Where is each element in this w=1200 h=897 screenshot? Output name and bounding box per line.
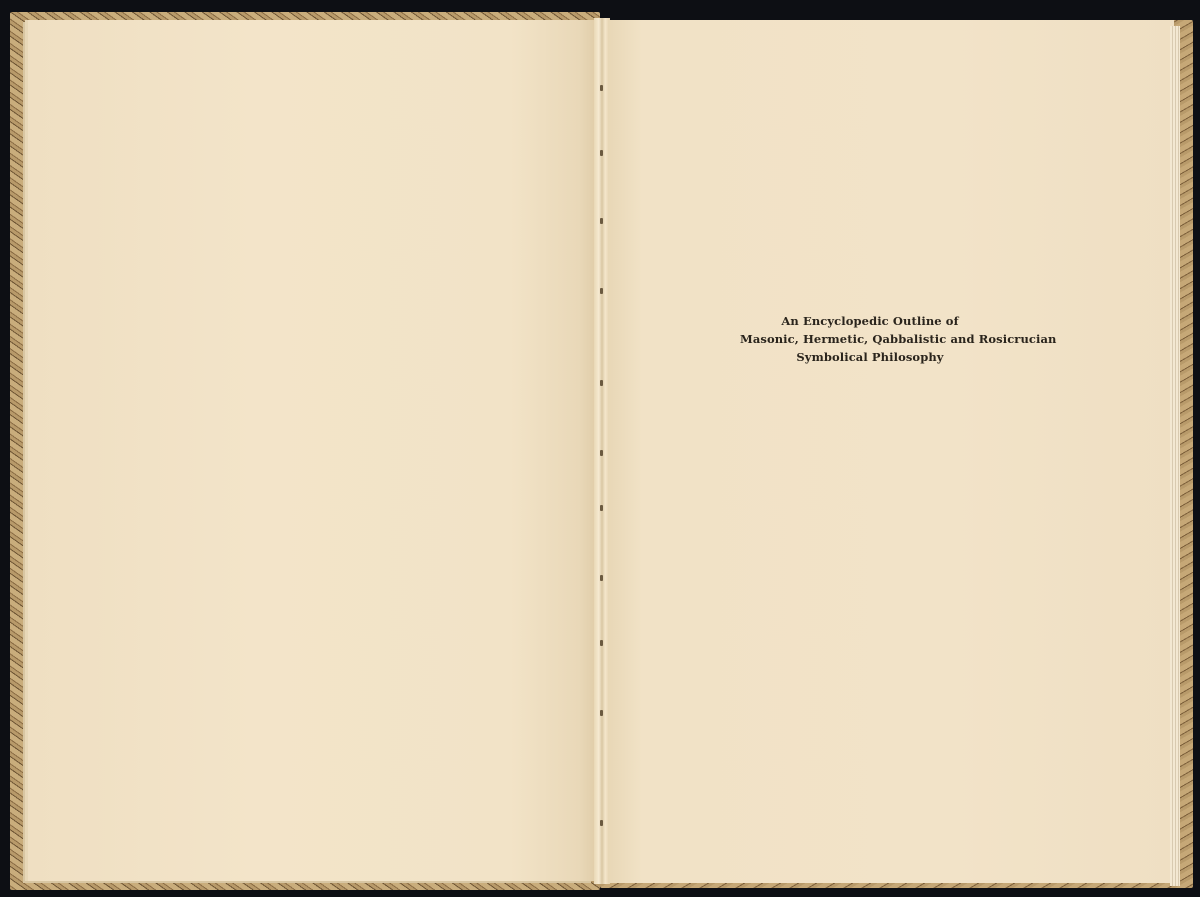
binding-stitch bbox=[600, 505, 603, 511]
title-heading: An Encyclopedic Outline of Masonic, Herm… bbox=[740, 312, 1000, 366]
binding-stitch bbox=[600, 640, 603, 646]
binding-stitch bbox=[600, 710, 603, 716]
page-fore-edge bbox=[1170, 26, 1180, 886]
heading-line-3: Symbolical Philosophy bbox=[740, 348, 1000, 366]
binding-stitch bbox=[600, 820, 603, 826]
binding-stitch bbox=[600, 450, 603, 456]
binding-stitch bbox=[600, 150, 603, 156]
heading-line-1: An Encyclopedic Outline of bbox=[740, 312, 1000, 330]
binding-stitch bbox=[600, 218, 603, 224]
binding-stitch bbox=[600, 380, 603, 386]
left-page bbox=[28, 20, 596, 881]
heading-line-2: Masonic, Hermetic, Qabbalistic and Rosic… bbox=[740, 330, 1000, 348]
binding-stitch bbox=[600, 85, 603, 91]
right-page bbox=[608, 20, 1174, 883]
binding-stitch bbox=[600, 575, 603, 581]
binding-stitch bbox=[600, 288, 603, 294]
